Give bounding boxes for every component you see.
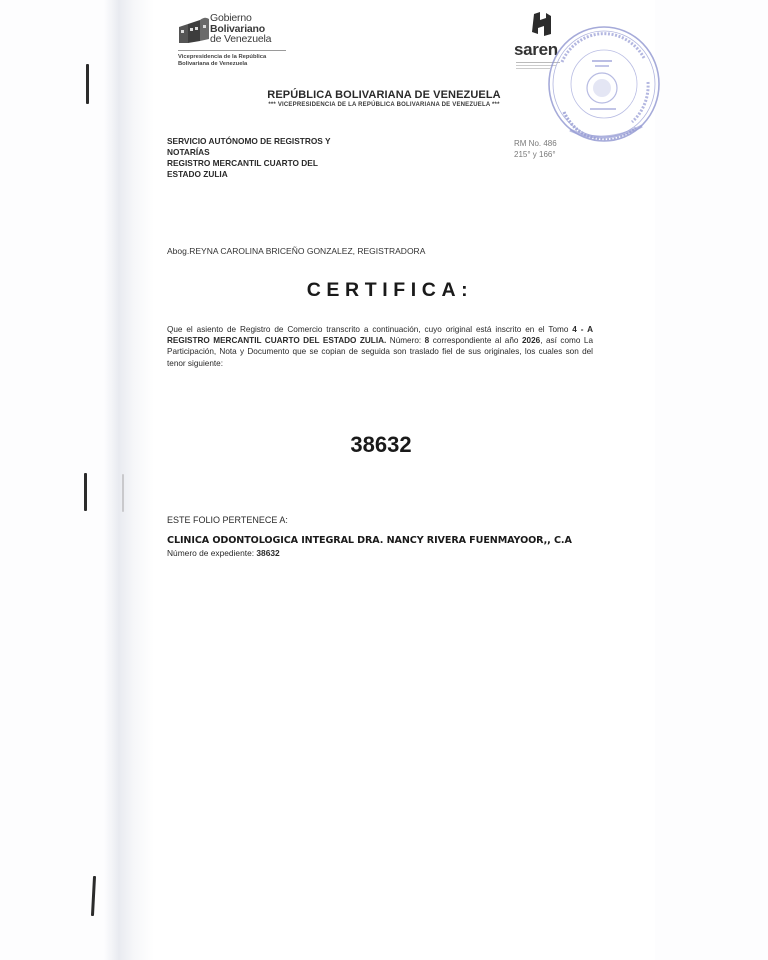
gov-logo-name: Gobierno Bolivariano de Venezuela [210,13,271,45]
official-seal-stamp [544,22,662,144]
anio-value: 2026 [522,336,540,345]
gov-logo-subtitle: Vicepresidencia de la República Bolivari… [178,54,266,68]
registry-reference: RM No. 486 215° y 166° [514,138,557,160]
page-edge-shadow [104,0,154,960]
organization-block: SERVICIO AUTÓNOMO DE REGISTROS Y NOTARÍA… [167,136,331,180]
folio-label: ESTE FOLIO PERTENECE A: [167,515,288,525]
document-subheading: *** VICEPRESIDENCIA DE LA REPÚBLICA BOLI… [0,102,768,108]
staple-mark [84,473,87,511]
certification-paragraph: Que el asiento de Registro de Comercio t… [167,324,593,369]
registrar-name: Abog.REYNA CAROLINA BRICEÑO GONZALEZ, RE… [167,246,425,256]
staple-mark [122,474,124,512]
gov-logo-divider [178,50,286,51]
folio-owner: CLINICA ODONTOLOGICA INTEGRAL DRA. NANCY… [167,535,572,546]
gov-logo: Gobierno Bolivariano de Venezuela Vicepr… [178,13,298,75]
gov-emblem-icon [178,15,210,45]
record-number: 38632 [0,432,762,458]
document-heading: REPÚBLICA BOLIVARIANA DE VENEZUELA [0,89,768,101]
expediente-number: Número de expediente: 38632 [167,548,280,558]
certifica-heading: CERTIFICA: [0,279,768,302]
